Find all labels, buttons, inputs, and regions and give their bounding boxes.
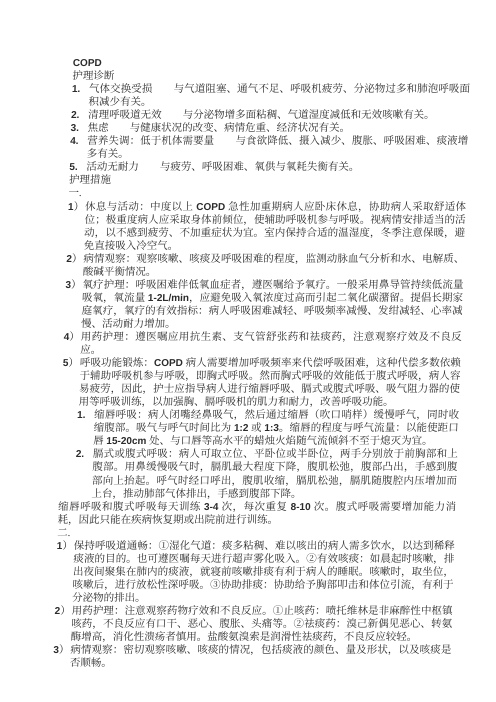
item-text: 呼吸功能锻炼：COPD 病人需要增加呼吸频率来代偿呼吸困难，这种代偿多数依赖于辅… [78,358,461,408]
measure-item: 2） 用药护理：注意观察药物疗效和不良反应。①止咳药：喷托维林是非麻醉性中枢镇咳… [54,605,453,644]
measures-heading: 护理措施 [69,174,467,187]
item-marker: 2. [71,109,80,122]
item-marker: 1. [72,83,81,96]
item-marker: 2. [76,448,85,461]
item-text: 用药护理：遵医嘱应用抗生素、支气管舒张药和祛痰药，注意观察疗效及不良反应。 [80,332,462,356]
measures-part1-list: 1） 休息与活动：中度以上 COPD 急性加重期病人应卧床休息，协助病人采取舒适… [57,201,466,527]
measure-item: 3） 病情观察：密切观察咳嗽、咳痰的情况，包括痰液的颜色、量及形状，以及咳痰是否… [53,644,452,670]
item-marker: 5. [69,161,78,174]
item-marker: 1） [68,201,84,214]
breathing-sub-item: 1. 缩唇呼吸：病人闭嘴经鼻吸气，然后通过缩唇（吹口哨样）缓慢呼气，同时收缩腹部… [60,409,459,448]
item-marker: 3） [53,644,69,657]
item-text: 休息与活动：中度以上 COPD 急性加重期病人应卧床休息，协助病人采取舒适体位；… [84,202,467,252]
item-text: 营养失调：低于机体需要量 与食欲降低、摄入减少、腹胀、呼吸困难、痰液增多有关。 [87,136,469,160]
diagnosis-heading: 护理诊断 [72,70,470,83]
measure-item: 4） 用药护理：遵医嘱应用抗生素、支气管舒张药和祛痰药，注意观察疗效及不良反应。 [63,331,462,357]
measure-item: 1） 保持呼吸道通畅：①湿化气道：痰多粘稠、难以咳出的病人需多饮水，以达到稀释痰… [55,540,455,605]
item-text: 膈式或腹式呼吸：病人可取立位、平卧位或半卧位，两手分别放于前胸部和上腹部。用鼻缓… [91,449,458,499]
item-text: 气体交换受损 与气道阻塞、通气不足、呼吸机疲劳、分泌物过多和肺泡呼吸面积减少有关… [88,84,470,108]
measures-part1-label: 一. [68,187,466,200]
measure-item: 1） 休息与活动：中度以上 COPD 急性加重期病人应卧床休息，协助病人采取舒适… [67,201,467,253]
item-marker: 1. [77,409,86,422]
item-marker: 4） [63,331,79,344]
breathing-sub-item: 2. 膈式或腹式呼吸：病人可取立位、平卧位或半卧位，两手分别放于前胸部和上腹部。… [58,448,458,500]
diagnosis-item: 3. 焦虑 与健康状况的改变、病情危重、经济状况有关。 [70,122,468,135]
item-text: 焦虑 与健康状况的改变、病情危重、经济状况有关。 [87,123,350,134]
item-text: 病情观察：密切观察咳嗽、咳痰的情况，包括痰液的颜色、量及形状，以及咳痰是否顺畅。 [70,645,452,669]
document-title: COPD [73,57,471,70]
measure-item: 5） 呼吸功能锻炼：COPD 病人需要增加呼吸频率来代偿呼吸困难，这种代偿多数依… [61,357,461,409]
item-text: 病情观察：观察咳嗽、咳痰及呼吸困难的程度，监测动脉血气分析和水、电解质、酸碱平衡… [83,254,465,278]
measure-item: 2） 病情观察：观察咳嗽、咳痰及呼吸困难的程度，监测动脉血气分析和水、电解质、酸… [66,253,465,279]
item-text: 清理呼吸道无效 与分泌物增多面粘稠、气道湿度减低和无效咳嗽有关。 [88,110,435,121]
measures-part2-label: 二. [57,527,455,540]
item-text: 缩唇呼吸：病人闭嘴经鼻吸气，然后通过缩唇（吹口哨样）缓慢呼气，同时收缩腹部。吸气… [93,410,459,447]
item-marker: 2） [54,605,70,618]
diagnosis-item: 5. 活动无耐力 与疲劳、呼吸困难、氧供与氧耗失衡有关。 [69,161,467,174]
document-page: COPD 护理诊断 1. 气体交换受损 与气道阻塞、通气不足、呼吸机疲劳、分泌物… [53,57,471,670]
item-marker: 4. [70,135,79,148]
training-note: 缩唇呼吸和腹式呼吸每天训练 3-4 次，每次重复 8-10 次。腹式呼吸需要增加… [57,501,456,527]
item-text: 保持呼吸道通畅：①湿化气道：痰多粘稠、难以咳出的病人需多饮水，以达到稀释痰液的目… [72,541,455,604]
diagnosis-list: 1. 气体交换受损 与气道阻塞、通气不足、呼吸机疲劳、分泌物过多和肺泡呼吸面积减… [69,83,470,174]
item-marker: 3） [65,279,81,292]
diagnosis-item: 1. 气体交换受损 与气道阻塞、通气不足、呼吸机疲劳、分泌物过多和肺泡呼吸面积减… [71,83,470,109]
item-text: 用药护理：注意观察药物疗效和不良反应。①止咳药：喷托维林是非麻醉性中枢镇咳药，不… [71,606,453,643]
diagnosis-item: 2. 清理呼吸道无效 与分泌物增多面粘稠、气道湿度减低和无效咳嗽有关。 [71,109,469,122]
item-marker: 2） [66,253,82,266]
diagnosis-item: 4. 营养失调：低于机体需要量 与食欲降低、摄入减少、腹胀、呼吸困难、痰液增多有… [70,135,469,161]
item-text: 活动无耐力 与疲劳、呼吸困难、氧供与氧耗失衡有关。 [86,162,359,173]
item-text: 氧疗护理：呼吸困难伴低氧血症者，遵医嘱给予氧疗。一般采用鼻导管持续低流量吸氧，氧… [81,280,464,330]
item-marker: 5） [63,357,79,370]
measure-item: 3） 氧疗护理：呼吸困难伴低氧血症者，遵医嘱给予氧疗。一般采用鼻导管持续低流量吸… [64,279,464,331]
item-marker: 1） [57,540,73,553]
item-marker: 3. [70,122,79,135]
measures-part2-list: 1） 保持呼吸道通畅：①湿化气道：痰多粘稠、难以咳出的病人需多饮水，以达到稀释痰… [53,540,455,670]
